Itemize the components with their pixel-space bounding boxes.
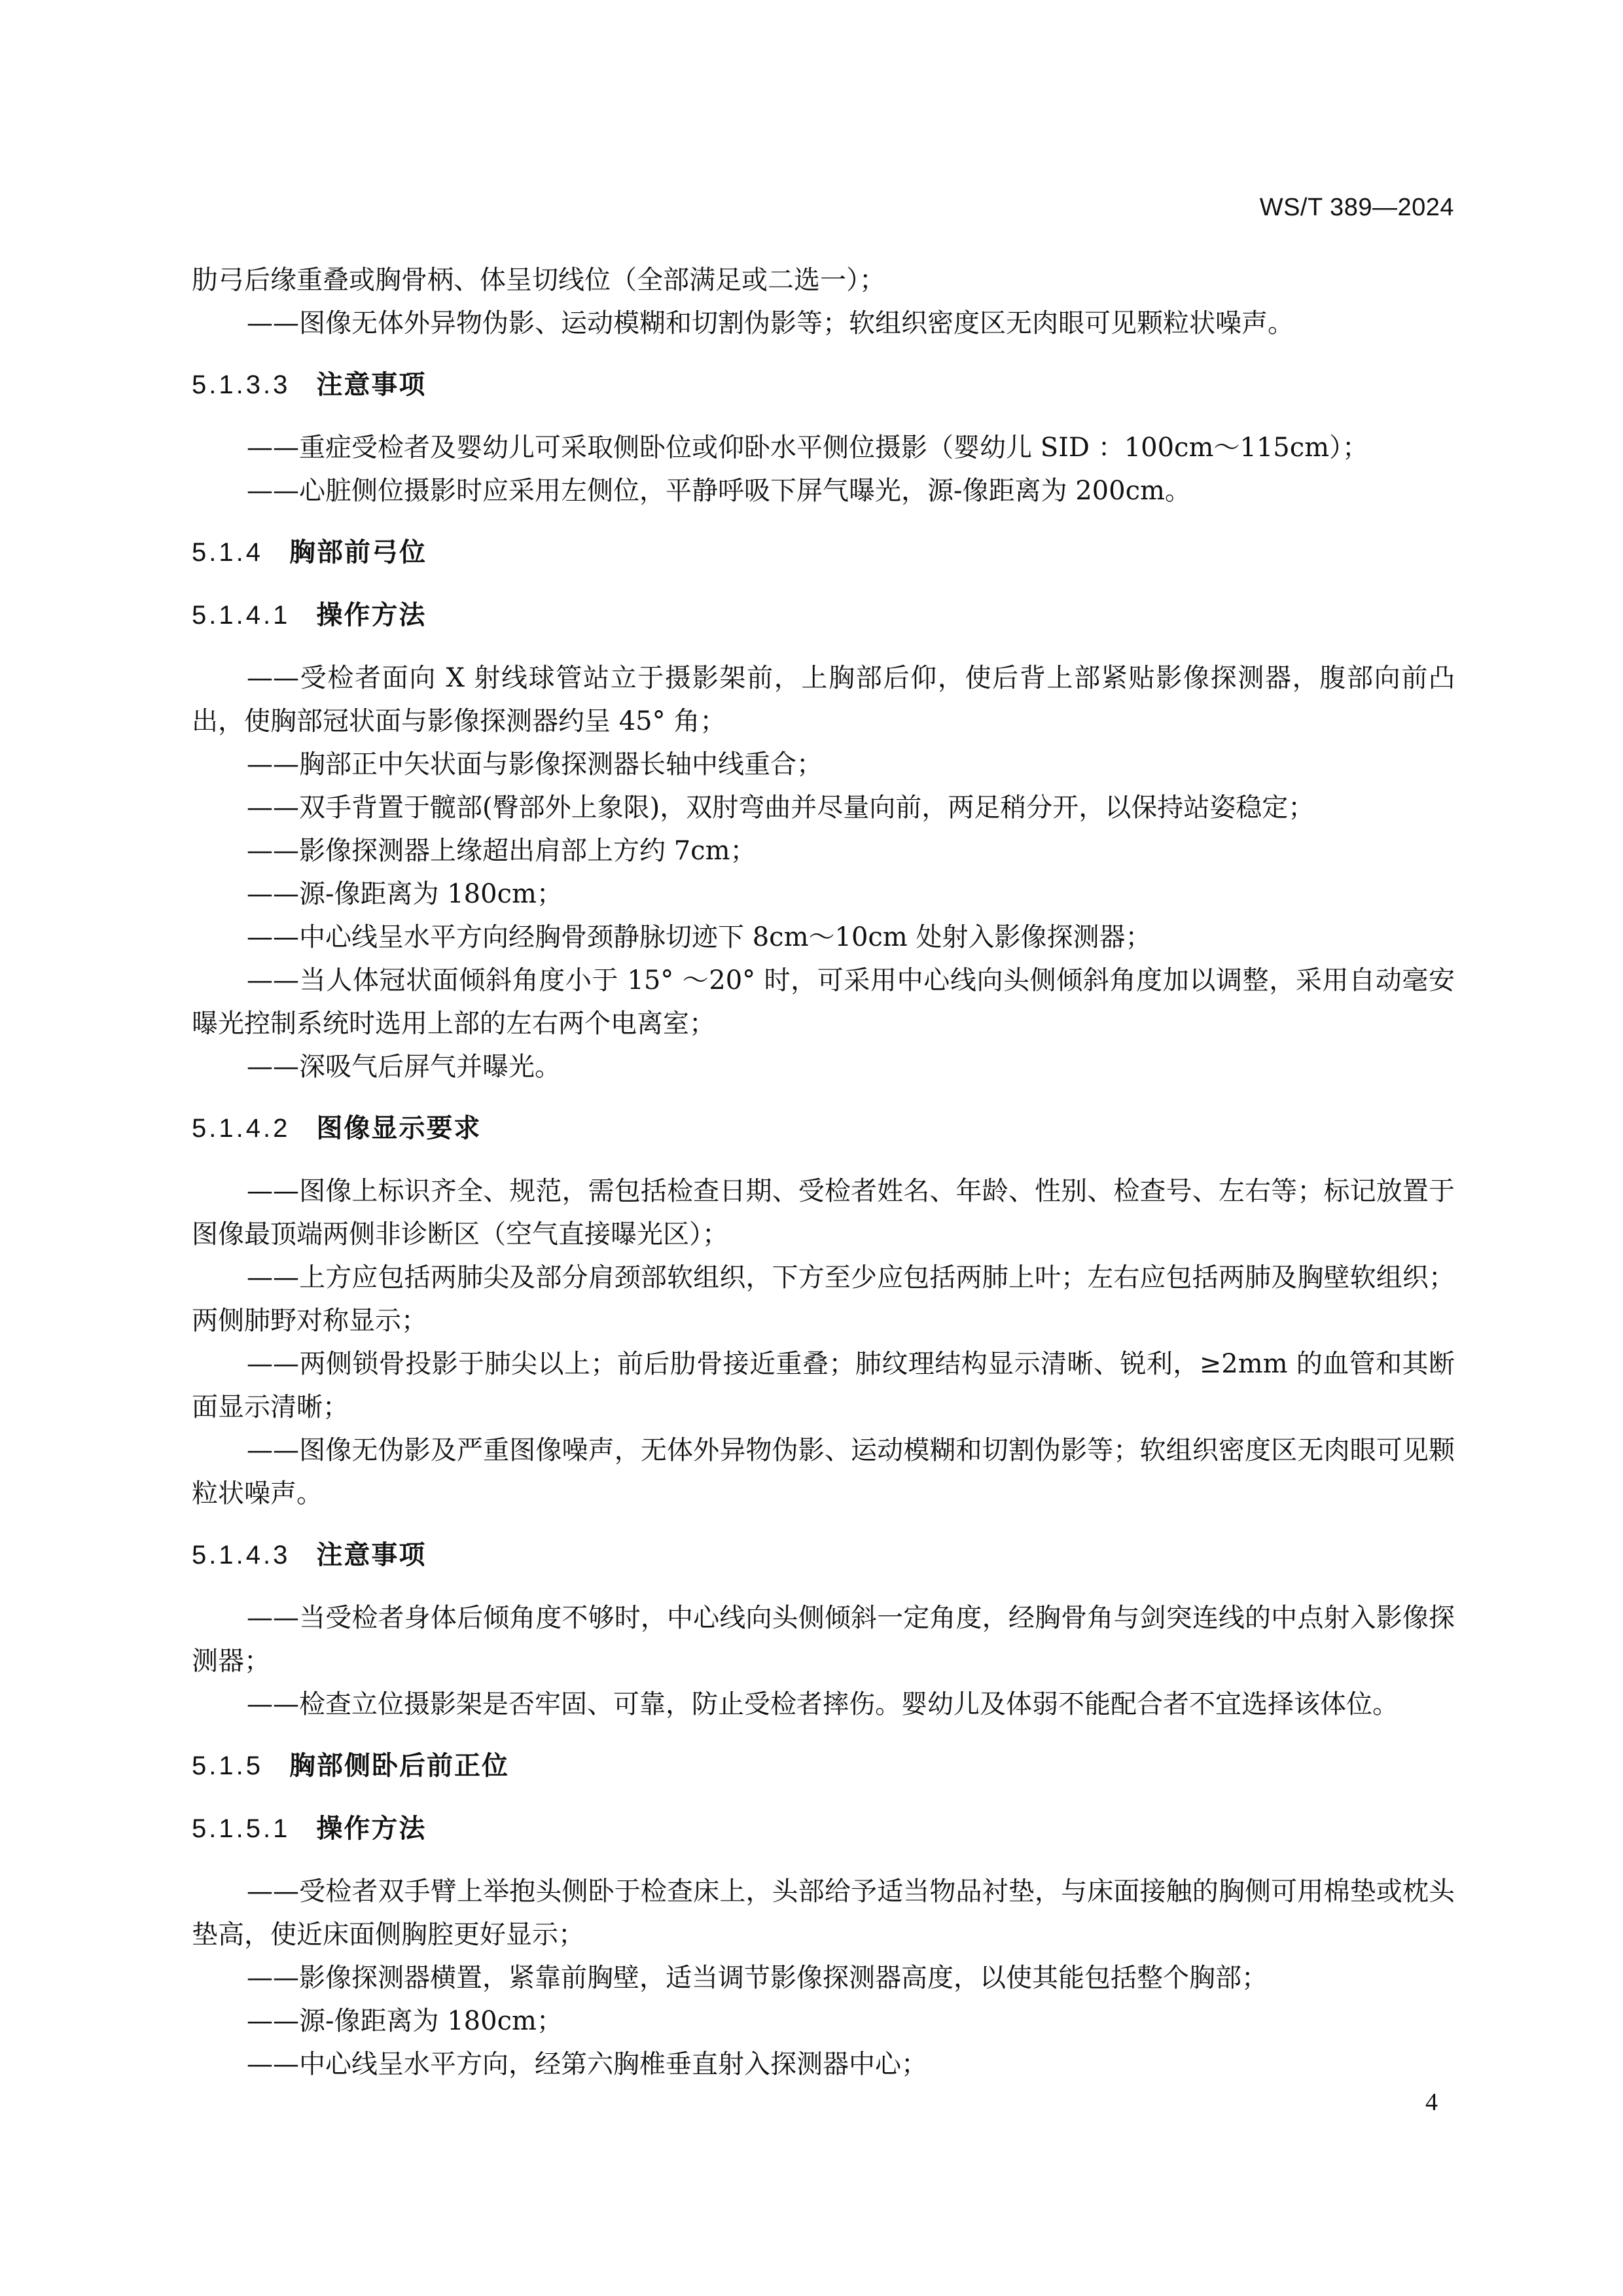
page-number: 4: [1425, 2088, 1438, 2117]
section-heading: 5.1.4.1 操作方法: [192, 594, 1455, 637]
list-item: ——上方应包括两肺尖及部分肩颈部软组织，下方至少应包括两肺上叶；左右应包括两肺及…: [192, 1256, 1455, 1342]
section-title: 操作方法: [316, 594, 426, 637]
section-title: 图像显示要求: [316, 1107, 481, 1150]
section-number: 5.1.5.1: [192, 1807, 290, 1850]
list-item: ——两侧锁骨投影于肺尖以上；前后肋骨接近重叠；肺纹理结构显示清晰、锐利，≥2mm…: [192, 1342, 1455, 1429]
list-item: ——中心线呈水平方向，经第六胸椎垂直射入探测器中心；: [192, 2043, 1455, 2086]
section-title: 注意事项: [316, 363, 426, 406]
document-body: 肋弓后缘重叠或胸骨柄、体呈切线位（全部满足或二选一）； ——图像无体外异物伪影、…: [192, 259, 1455, 2086]
section-title: 胸部侧卧后前正位: [289, 1744, 509, 1787]
list-item: ——检查立位摄影架是否牢固、可靠，防止受检者摔伤。婴幼儿及体弱不能配合者不宜选择…: [192, 1683, 1455, 1726]
section-heading: 5.1.4.3 注意事项: [192, 1534, 1455, 1577]
section-heading: 5.1.5 胸部侧卧后前正位: [192, 1744, 1455, 1787]
list-item: ——中心线呈水平方向经胸骨颈静脉切迹下 8cm～10cm 处射入影像探测器；: [192, 916, 1455, 959]
section-title: 胸部前弓位: [289, 531, 427, 574]
list-item: ——心脏侧位摄影时应采用左侧位，平静呼吸下屏气曝光，源-像距离为 200cm。: [192, 469, 1455, 512]
section-heading: 5.1.3.3 注意事项: [192, 363, 1455, 406]
list-item: ——图像上标识齐全、规范，需包括检查日期、受检者姓名、年龄、性别、检查号、左右等…: [192, 1170, 1455, 1256]
list-item: ——双手背置于髋部(臀部外上象限)，双肘弯曲并尽量向前，两足稍分开，以保持站姿稳…: [192, 786, 1455, 829]
section-number: 5.1.5: [192, 1744, 263, 1787]
list-item: ——深吸气后屏气并曝光。: [192, 1045, 1455, 1088]
paragraph: 肋弓后缘重叠或胸骨柄、体呈切线位（全部满足或二选一）；: [192, 259, 1455, 302]
list-item: ——图像无体外异物伪影、运动模糊和切割伪影等；软组织密度区无肉眼可见颗粒状噪声。: [192, 302, 1455, 345]
section-number: 5.1.4.3: [192, 1534, 290, 1577]
list-item: ——影像探测器上缘超出肩部上方约 7cm；: [192, 829, 1455, 872]
section-heading: 5.1.4.2 图像显示要求: [192, 1107, 1455, 1150]
list-item: ——图像无伪影及严重图像噪声，无体外异物伪影、运动模糊和切割伪影等；软组织密度区…: [192, 1429, 1455, 1515]
list-item: ——胸部正中矢状面与影像探测器长轴中线重合；: [192, 743, 1455, 786]
section-number: 5.1.4: [192, 531, 263, 574]
list-item: ——源-像距离为 180cm；: [192, 872, 1455, 916]
section-number: 5.1.3.3: [192, 363, 290, 406]
document-code: WS/T 389—2024: [1260, 194, 1454, 222]
list-item: ——当人体冠状面倾斜角度小于 15° ～20° 时，可采用中心线向头侧倾斜角度加…: [192, 959, 1455, 1045]
list-item: ——重症受检者及婴幼儿可采取侧卧位或仰卧水平侧位摄影（婴幼儿 SID ：100c…: [192, 426, 1455, 469]
list-item: ——受检者面向 X 射线球管站立于摄影架前，上胸部后仰，使后背上部紧贴影像探测器…: [192, 656, 1455, 743]
list-item: ——源-像距离为 180cm；: [192, 2000, 1455, 2043]
list-item: ——当受检者身体后倾角度不够时，中心线向头侧倾斜一定角度，经胸骨角与剑突连线的中…: [192, 1596, 1455, 1683]
section-title: 注意事项: [316, 1534, 426, 1577]
list-item: ——受检者双手臂上举抱头侧卧于检查床上，头部给予适当物品衬垫，与床面接触的胸侧可…: [192, 1870, 1455, 1956]
section-heading: 5.1.4 胸部前弓位: [192, 531, 1455, 574]
section-title: 操作方法: [316, 1807, 426, 1850]
section-heading: 5.1.5.1 操作方法: [192, 1807, 1455, 1850]
list-item: ——影像探测器横置，紧靠前胸壁，适当调节影像探测器高度，以使其能包括整个胸部；: [192, 1956, 1455, 2000]
section-number: 5.1.4.1: [192, 594, 290, 637]
section-number: 5.1.4.2: [192, 1107, 290, 1150]
